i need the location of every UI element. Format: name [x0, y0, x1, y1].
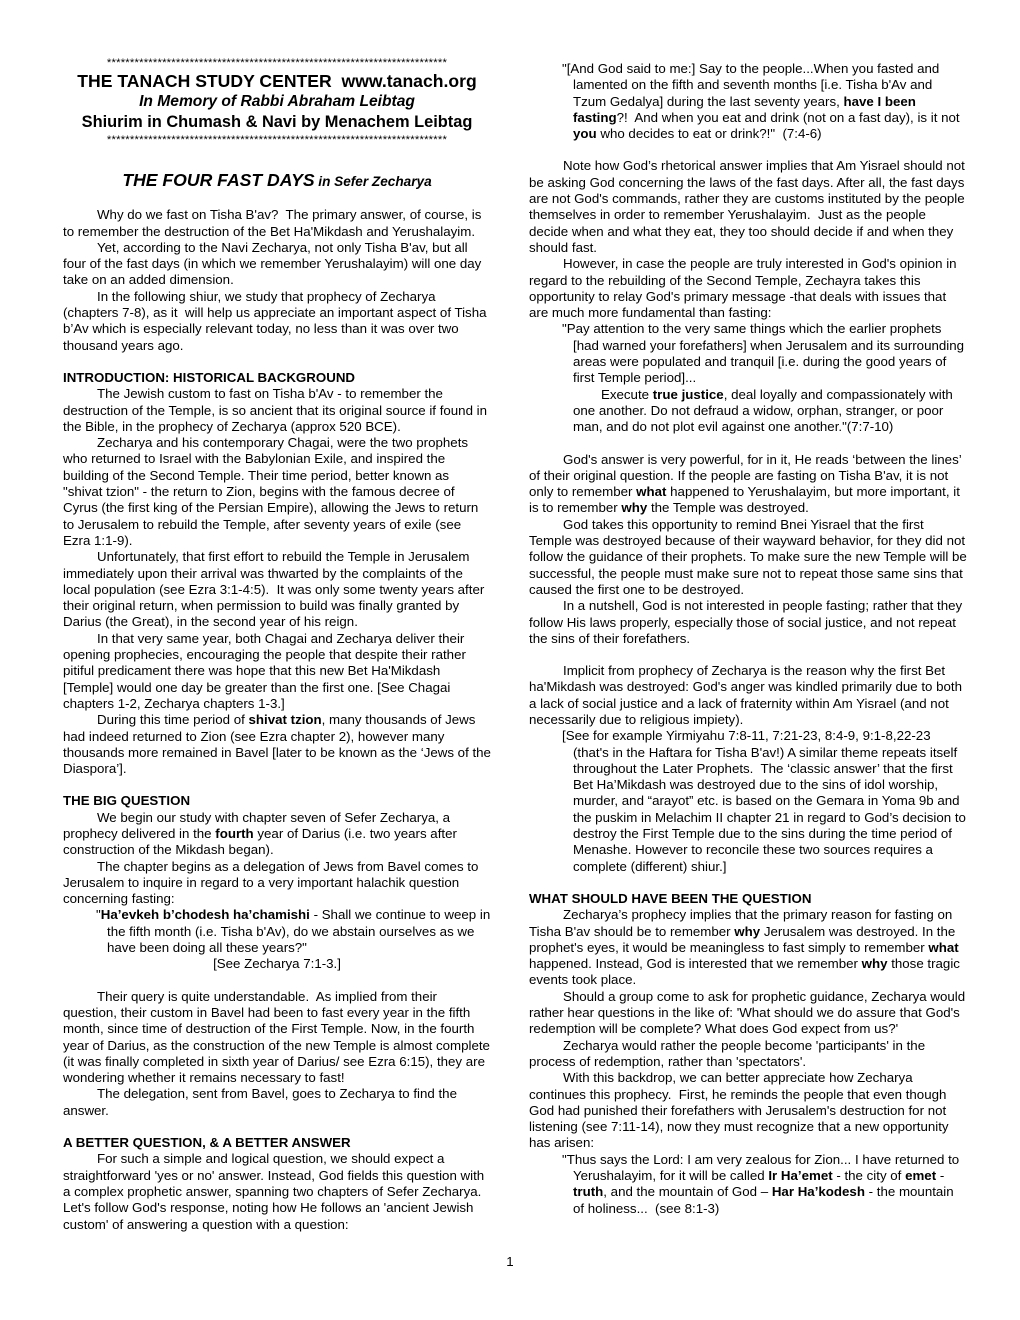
- paragraph: Should a group come to ask for prophetic…: [529, 989, 967, 1038]
- paragraph: Yet, according to the Navi Zecharya, not…: [63, 240, 491, 289]
- paragraph: Zecharya would rather the people become …: [529, 1038, 967, 1071]
- document-title-sub: in Sefer Zecharya: [318, 174, 431, 189]
- masthead-title: THE TANACH STUDY CENTER www.tanach.org: [63, 70, 491, 92]
- section-heading: THE BIG QUESTION: [63, 793, 491, 809]
- document-page: ****************************************…: [0, 0, 1020, 1320]
- quote-block: [See for example Yirmiyahu 7:8-11, 7:21-…: [573, 728, 967, 875]
- paragraph: God takes this opportunity to remind Bne…: [529, 517, 967, 598]
- spacer: [529, 436, 967, 452]
- quote-block: Execute true justice, deal loyally and c…: [573, 387, 967, 436]
- right-column: "[And God said to me:] Say to the people…: [529, 56, 967, 1217]
- masthead: ****************************************…: [63, 56, 491, 147]
- paragraph: Their query is quite understandable. As …: [63, 989, 491, 1087]
- paragraph: For such a simple and logical question, …: [63, 1151, 491, 1232]
- paragraph: Unfortunately, that first effort to rebu…: [63, 549, 491, 630]
- spacer: [63, 354, 491, 370]
- masthead-stars-top: ****************************************…: [63, 56, 491, 70]
- paragraph: Zecharya and his contemporary Chagai, we…: [63, 435, 491, 549]
- quote-block: "Ha’evkeh b’chodesh ha’chamishi - Shall …: [107, 907, 491, 956]
- spacer: [63, 777, 491, 793]
- paragraph: During this time period of shivat tzion,…: [63, 712, 491, 777]
- left-column-body: Why do we fast on Tisha B'av? The primar…: [63, 207, 491, 1233]
- section-heading: WHAT SHOULD HAVE BEEN THE QUESTION: [529, 891, 967, 907]
- paragraph: Implicit from prophecy of Zecharya is th…: [529, 663, 967, 728]
- two-column-layout: ****************************************…: [63, 56, 968, 1233]
- right-column-body: "[And God said to me:] Say to the people…: [529, 61, 967, 1217]
- quote-block: "Thus says the Lord: I am very zealous f…: [573, 1152, 967, 1217]
- left-column: ****************************************…: [63, 56, 491, 1233]
- quote-block: "Pay attention to the very same things w…: [573, 321, 967, 386]
- section-heading: INTRODUCTION: HISTORICAL BACKGROUND: [63, 370, 491, 386]
- spacer: [529, 142, 967, 158]
- paragraph: We begin our study with chapter seven of…: [63, 810, 491, 859]
- paragraph: Why do we fast on Tisha B'av? The primar…: [63, 207, 491, 240]
- quote-block: "[And God said to me:] Say to the people…: [573, 61, 967, 142]
- paragraph: Note how God’s rhetorical answer implies…: [529, 158, 967, 256]
- paragraph: God's answer is very powerful, for in it…: [529, 452, 967, 517]
- paragraph: In the following shiur, we study that pr…: [63, 289, 491, 354]
- document-title-main: THE FOUR FAST DAYS: [122, 170, 314, 190]
- spacer: [63, 1119, 491, 1135]
- section-heading: A BETTER QUESTION, & A BETTER ANSWER: [63, 1135, 491, 1151]
- paragraph: The delegation, sent from Bavel, goes to…: [63, 1086, 491, 1119]
- paragraph: The chapter begins as a delegation of Je…: [63, 859, 491, 908]
- paragraph: In a nutshell, God is not interested in …: [529, 598, 967, 647]
- paragraph: With this backdrop, we can better apprec…: [529, 1070, 967, 1151]
- paragraph: The Jewish custom to fast on Tisha b'Av …: [63, 386, 491, 435]
- paragraph: However, in case the people are truly in…: [529, 256, 967, 321]
- masthead-subtitle: Shiurim in Chumash & Navi by Menachem Le…: [63, 112, 491, 133]
- masthead-stars-bottom: ****************************************…: [63, 133, 491, 147]
- spacer: [63, 973, 491, 989]
- masthead-memorial-line: In Memory of Rabbi Abraham Leibtag: [63, 92, 491, 112]
- paragraph: In that very same year, both Chagai and …: [63, 631, 491, 712]
- spacer: [529, 875, 967, 891]
- page-number: 1: [0, 1254, 1020, 1270]
- source-reference: [See Zecharya 7:1-3.]: [63, 956, 491, 972]
- document-title: THE FOUR FAST DAYS in Sefer Zecharya: [63, 172, 491, 190]
- paragraph: Zecharya’s prophecy implies that the pri…: [529, 907, 967, 988]
- spacer: [529, 647, 967, 663]
